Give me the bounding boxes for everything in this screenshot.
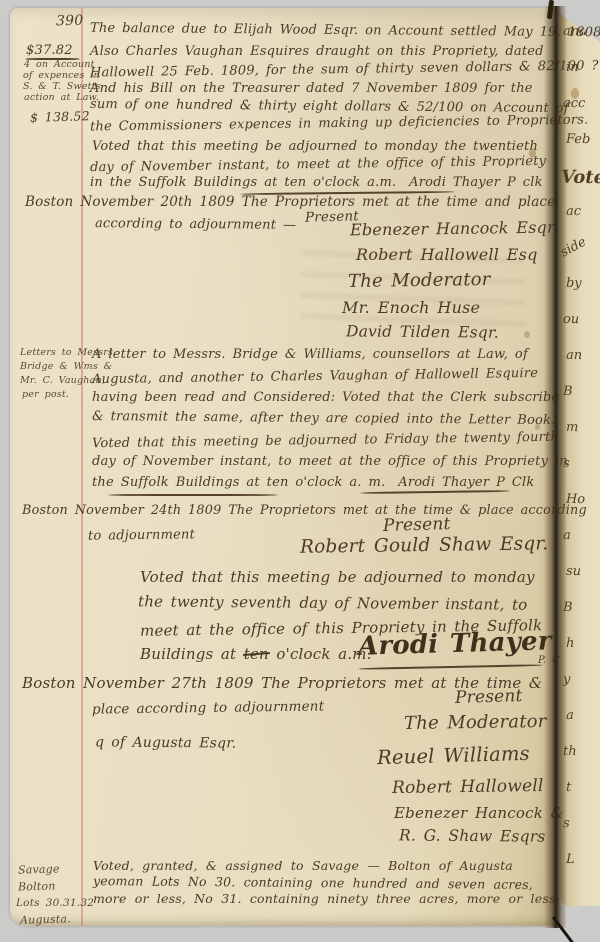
inserted-line: q of Augusta Esqr. <box>95 735 236 750</box>
manuscript-line: place according to adjournment <box>92 700 324 717</box>
line-text: Buildings at <box>140 645 244 663</box>
manuscript-line: the Suffolk Buildings at ten o'clock a. … <box>92 476 534 489</box>
margin-expense-note-line: action at Law. <box>24 93 99 103</box>
margin-amount-top: $37.82 <box>26 44 73 57</box>
attendee-name: Robert Hallowell Esq <box>356 247 538 263</box>
attendee-name: Robert Hallowell <box>392 778 544 797</box>
manuscript-line: Voted that this meeting be adjourned to … <box>92 140 538 153</box>
attendee-name: Ebenezer Hancock Esqr <box>350 220 555 239</box>
paper-stain <box>571 88 579 99</box>
attendee-name: Ebenezer Hancock & <box>394 806 564 821</box>
struck-word: ten <box>244 645 269 663</box>
margin-savage-note-line: Lots 30.31.32 <box>16 898 94 909</box>
manuscript-line: A letter to Messrs. Bridge & Williams, c… <box>92 348 528 361</box>
facing-page-text-fragment: an <box>566 349 582 362</box>
manuscript-line: the twenty seventh day of November insta… <box>138 594 528 612</box>
attendee-name: Mr. Enoch Huse <box>342 300 480 316</box>
manuscript-line: sum of one hundred & thirty eight dollar… <box>90 98 569 115</box>
entry-dateline: Boston November 24th 1809 The Proprietor… <box>22 505 587 518</box>
facing-page-text-fragment: Voted <box>561 169 600 187</box>
manuscript-line: And his Bill on the Treasurer dated 7 No… <box>90 82 533 95</box>
margin-expense-note-line: of expences in <box>23 71 100 81</box>
line-text: the Suffolk Buildings at ten o'clock a. … <box>92 475 385 490</box>
page-number: 390 <box>56 14 84 29</box>
attendee-name: R. G. Shaw Esqrs <box>399 828 546 845</box>
facing-page-text-fragment: m <box>566 421 578 434</box>
margin-letters-note-line: Letters to Messrs. <box>20 348 116 358</box>
attendee-name: David Tilden Esqr. <box>346 324 499 341</box>
manuscript-line: in the Suffolk Buildings at ten o'clock … <box>90 176 543 189</box>
facing-page-text-fragment: ac <box>566 205 581 218</box>
facing-page-edge: andinaccFebVotedacsidebyouanBmsHoasuBhya… <box>560 0 600 906</box>
entry-dateline: Boston November 20th 1809 The Proprietor… <box>25 196 555 210</box>
margin-expense-note-line: 4 on Account <box>24 60 95 70</box>
manuscript-line: Also Charles Vaughan Esquires draught on… <box>90 45 544 58</box>
facing-page-text-fragment: by <box>566 277 582 290</box>
manuscript-line: Voted that this meeting be adjourned to … <box>140 570 535 585</box>
signature-underline <box>108 494 278 496</box>
facing-page-text-fragment: t <box>566 781 571 794</box>
facing-page-text-fragment: su <box>566 565 581 578</box>
attendee-name: The Moderator <box>404 713 547 733</box>
attendee-name: Reuel Williams <box>377 744 530 768</box>
margin-savage-note-line: Augusta. <box>20 913 71 925</box>
margin-letters-note-line: Mr. C. Vaughan, <box>20 376 105 386</box>
margin-ruled-line <box>81 8 83 926</box>
margin-letters-note-line: Bridge & Wms & <box>20 362 112 372</box>
manuscript-line: Voted, granted, & assigned to Savage — B… <box>93 860 513 873</box>
margin-savage-note-line: Savage <box>18 863 60 875</box>
line-text: o'clock a.m. <box>269 645 372 663</box>
manuscript-line: day of November instant, to meet at the … <box>92 455 568 468</box>
margin-amount-total: $ 138.52 <box>30 110 90 124</box>
manuscript-line: Buildings at ten o'clock a.m. <box>140 647 372 662</box>
facing-page-text-fragment: L <box>566 853 575 866</box>
attendee-name: The Moderator <box>348 271 491 291</box>
manuscript-line: having been read and Considered: Voted t… <box>92 391 559 404</box>
present-label: Present <box>383 516 451 535</box>
facing-page-text-fragment: Feb <box>566 133 590 146</box>
clerk-signature: Arodi Thayer P Clk <box>398 475 534 490</box>
line-text: in the Suffolk Buildings at ten o'clock … <box>90 175 396 190</box>
manuscript-line: to adjournment <box>88 528 195 542</box>
margin-letters-note-line: per post. <box>22 390 69 400</box>
margin-savage-note-line: Bolton <box>18 880 56 892</box>
manuscript-line: & transmit the same, after they are copi… <box>92 410 556 427</box>
present-label: Present <box>455 688 523 707</box>
clerk-signature-large: Arodi Thayer <box>358 628 552 659</box>
manuscript-line: according to adjournment — <box>95 217 296 232</box>
manuscript-line: more or less, No 31. containing ninety t… <box>93 893 560 906</box>
facing-page-text-fragment: a <box>566 709 574 722</box>
book-gutter <box>544 6 566 928</box>
clerk-signature: Arodi Thayer P clk <box>409 175 543 190</box>
scanned-manuscript-page: andinaccFebVotedacsidebyouanBmsHoasuBhya… <box>0 0 600 942</box>
attendee-name: Robert Gould Shaw Esqr. <box>300 535 549 557</box>
paper-stain <box>524 331 530 338</box>
facing-page-text-fragment: h <box>566 637 574 650</box>
